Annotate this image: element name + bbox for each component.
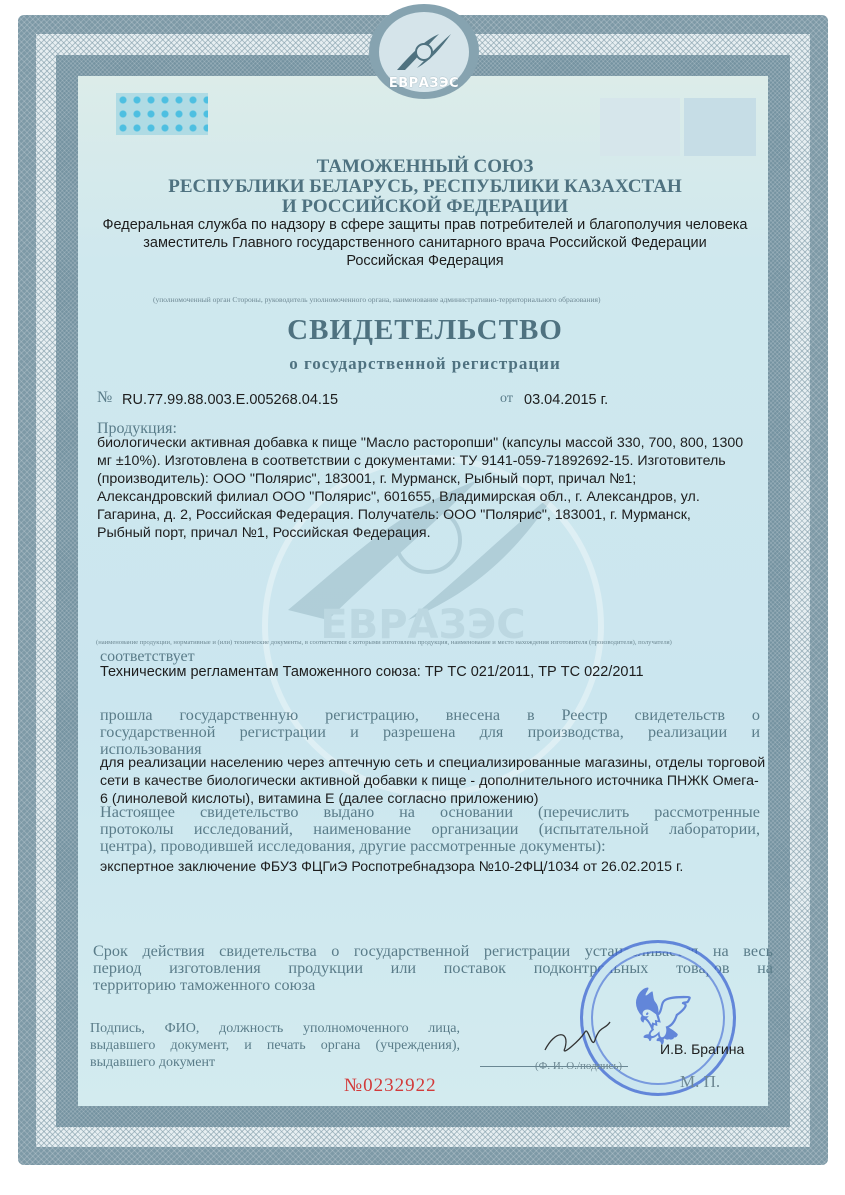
usage-scope: для реализации населению через аптечную … xyxy=(100,754,768,808)
number-label: № xyxy=(97,389,112,407)
authority-line-2: заместитель Главного государственного са… xyxy=(100,234,750,253)
conformity-value: Техническим регламентам Таможенного союз… xyxy=(100,663,644,681)
eurasec-emblem: ЕВРАЗЭС xyxy=(365,0,483,100)
hologram-strip xyxy=(116,93,208,135)
registration-statement: прошла государственную регистрацию, внес… xyxy=(100,707,760,758)
product-caption: (наименование продукции, нормативные и (… xyxy=(96,639,672,646)
header-republics: РЕСПУБЛИКИ БЕЛАРУСЬ, РЕСПУБЛИКИ КАЗАХСТА… xyxy=(100,177,750,197)
authority-caption: (уполномоченный орган Стороны, руководит… xyxy=(153,295,600,304)
signer-name: И.В. Брагина xyxy=(660,1040,744,1058)
product-line: (производитель): ООО "Полярис", 183001, … xyxy=(97,470,767,488)
security-panel xyxy=(600,98,680,156)
seal-label: М. П. xyxy=(680,1072,720,1092)
header-union: ТАМОЖЕННЫЙ СОЮЗ xyxy=(100,157,750,177)
product-line: мг ±10%). Изготовлена в соответствии с д… xyxy=(97,452,767,470)
fio-caption: (Ф. И. О./подпись) xyxy=(535,1060,622,1072)
handwritten-signature-icon xyxy=(540,1020,620,1060)
signature-caption: Подпись, ФИО, должность уполномоченного … xyxy=(90,1020,460,1071)
certificate-title: СВИДЕТЕЛЬСТВО xyxy=(100,314,750,347)
header-federation: И РОССИЙСКОЙ ФЕДЕРАЦИИ xyxy=(100,197,750,217)
product-description: биологически активная добавка к пище "Ма… xyxy=(97,434,767,542)
emblem-label: ЕВРАЗЭС xyxy=(365,76,483,91)
authority-line-1: Федеральная служба по надзору в сфере за… xyxy=(100,216,750,235)
registration-date: 03.04.2015 г. xyxy=(524,391,608,409)
eurasec-logo-icon xyxy=(395,32,453,72)
security-panel xyxy=(684,98,756,156)
product-line: Александровский филиал ООО "Полярис", 60… xyxy=(97,488,767,506)
certificate-subtitle: о государственной регистрации xyxy=(100,354,750,374)
product-line: Рыбный порт, причал №1, Российская Федер… xyxy=(97,524,767,542)
basis-statement: Настоящее свидетельство выдано на основа… xyxy=(100,804,760,855)
date-label: от xyxy=(500,391,513,407)
product-line: биологически активная добавка к пище "Ма… xyxy=(97,434,767,452)
basis-document: экспертное заключение ФБУЗ ФЦГиЭ Роспотр… xyxy=(100,858,683,876)
product-line: Гагарина, д. 2, Российская Федерация. По… xyxy=(97,506,767,524)
blank-serial-number: №0232922 xyxy=(344,1075,437,1097)
registration-number: RU.77.99.88.003.E.005268.04.15 xyxy=(122,391,338,409)
authority-line-3: Российская Федерация xyxy=(100,252,750,271)
